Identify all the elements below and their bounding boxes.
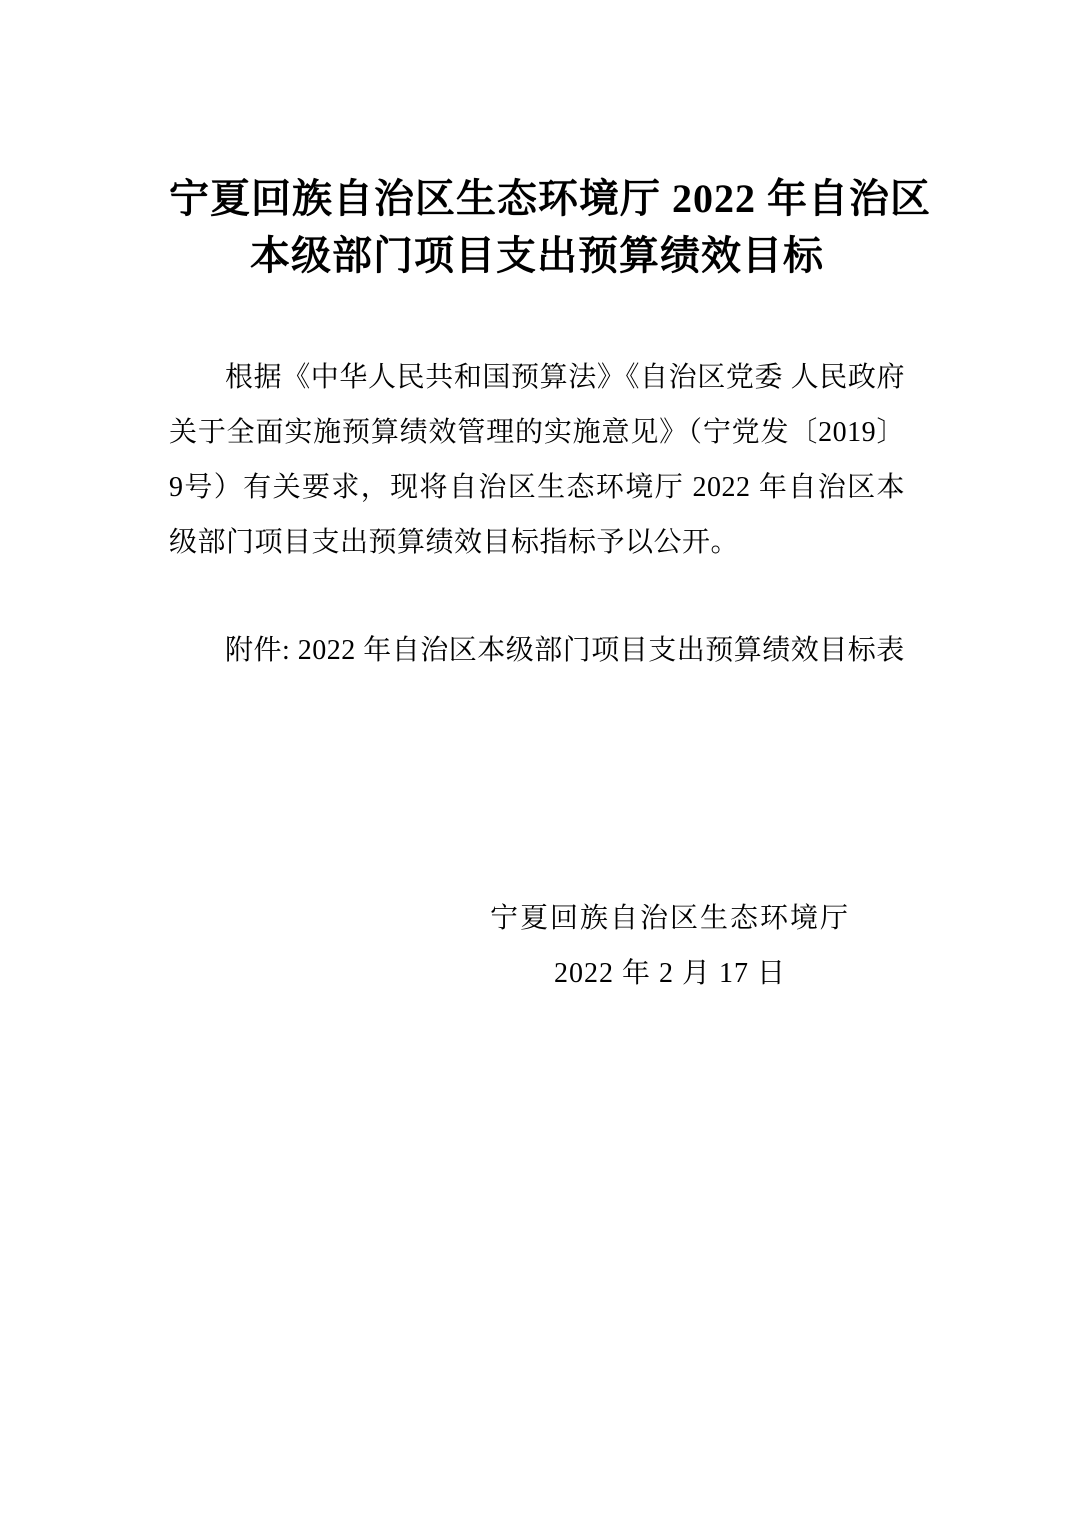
closing-block: 宁夏回族自治区生态环境厅 2022 年 2 月 17 日 [480,891,860,1001]
document-title: 宁夏回族自治区生态环境厅 2022 年自治区 本级部门项目支出预算绩效目标 [169,170,905,284]
signature-org: 宁夏回族自治区生态环境厅 [480,891,860,946]
title-line-2: 本级部门项目支出预算绩效目标 [169,227,905,284]
attachment-line: 附件: 2022 年自治区本级部门项目支出预算绩效目标表 [169,623,905,678]
document-page: 宁夏回族自治区生态环境厅 2022 年自治区 本级部门项目支出预算绩效目标 根据… [0,0,1074,1520]
body-paragraph: 根据《中华人民共和国预算法》《自治区党委 人民政府关于全面实施预算绩效管理的实施… [169,350,905,570]
title-line-1: 宁夏回族自治区生态环境厅 2022 年自治区 [169,170,905,227]
signature-date: 2022 年 2 月 17 日 [480,946,860,1001]
